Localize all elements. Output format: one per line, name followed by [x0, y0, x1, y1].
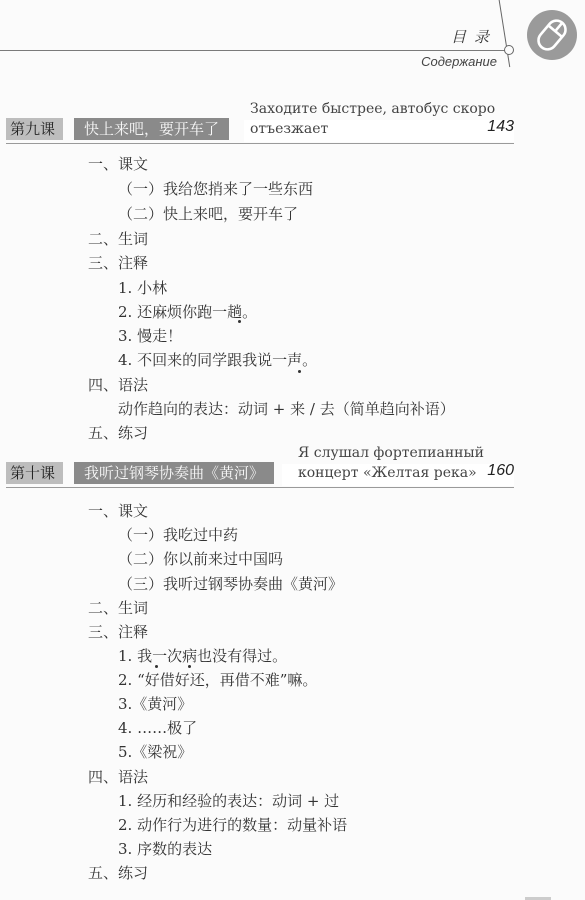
- lesson-title: 我听过钢琴协奏曲《黄河》: [74, 462, 274, 484]
- page-number: 160: [487, 462, 514, 480]
- grammar-item: 3. 序数的表达: [118, 838, 212, 859]
- text-item: （二）你以前来过中国吗: [118, 548, 283, 569]
- emphasis-dot: [298, 370, 301, 373]
- grammar-item: 1. 经历和经验的表达：动词 + 过: [118, 790, 339, 811]
- emphasis-dot: [188, 665, 191, 668]
- section-exercises: 五、练习: [88, 862, 148, 883]
- lesson-title: 快上来吧，要开车了: [74, 118, 229, 140]
- note-item: 2. 还麻烦你跑一趟。: [118, 301, 257, 322]
- note-item: 1. 我一次病也没有得过。: [118, 645, 287, 666]
- note-item: 4. 不回来的同学跟我说一声。: [118, 349, 317, 370]
- lesson-10-header: 第十课 我听过钢琴协奏曲《黄河》 Я слушал фортепианный к…: [6, 458, 514, 486]
- section-texts: 一、课文: [88, 500, 148, 521]
- section-grammar: 四、语法: [88, 374, 148, 395]
- note-item: 3. 慢走！: [118, 325, 182, 346]
- note-item: 5.《梁祝》: [118, 741, 192, 762]
- grammar-item: 2. 动作行为进行的数量：动量补语: [118, 814, 347, 835]
- text-item: （二）快上来吧，要开车了: [118, 203, 298, 224]
- emphasis-dot: [238, 320, 241, 323]
- text-item: （一）我吃过中药: [118, 524, 238, 545]
- russian-title-line2: отъезжает: [250, 120, 328, 138]
- section-vocabulary: 二、生词: [88, 597, 148, 618]
- page-subtitle: Содержание: [421, 54, 497, 69]
- lesson-underline: [6, 143, 514, 144]
- grammar-item: 动作趋向的表达：动词 + 来 / 去（简单趋向补语）: [118, 398, 455, 419]
- emphasis-dot: [155, 665, 158, 668]
- section-texts: 一、课文: [88, 153, 148, 174]
- header-diagonal-rule: [498, 0, 510, 67]
- header-rule-knob: [504, 45, 514, 55]
- section-vocabulary: 二、生词: [88, 228, 148, 249]
- computer-mouse-icon: [527, 10, 577, 60]
- russian-title-line1: Я слушал фортепианный: [298, 444, 484, 462]
- text-item: （一）我给您捎来了一些东西: [118, 178, 313, 199]
- note-item: 3.《黄河》: [118, 693, 192, 714]
- note-item: 1. 小林: [118, 277, 167, 298]
- section-grammar: 四、语法: [88, 766, 148, 787]
- note-item: 4. ……极了: [118, 717, 197, 738]
- lesson-9-header: 第九课 快上来吧，要开车了 Заходите быстрее, автобус …: [6, 114, 514, 142]
- lesson-number: 第十课: [6, 462, 63, 484]
- russian-title-line1: Заходите быстрее, автобус скоро: [250, 100, 495, 118]
- russian-title-line2: концерт «Желтая река»: [298, 464, 477, 482]
- text-item: （三）我听过钢琴协奏曲《黄河》: [118, 573, 343, 594]
- lesson-underline: [6, 487, 514, 488]
- header-rule: [0, 50, 505, 51]
- page-title: 目录: [451, 26, 497, 47]
- section-exercises: 五、练习: [88, 422, 148, 443]
- section-notes: 三、注释: [88, 252, 148, 273]
- page-number: 143: [487, 118, 514, 136]
- lesson-number: 第九课: [6, 118, 63, 140]
- note-item: 2. “好借好还，再借不难”嘛。: [118, 669, 317, 690]
- section-notes: 三、注释: [88, 621, 148, 642]
